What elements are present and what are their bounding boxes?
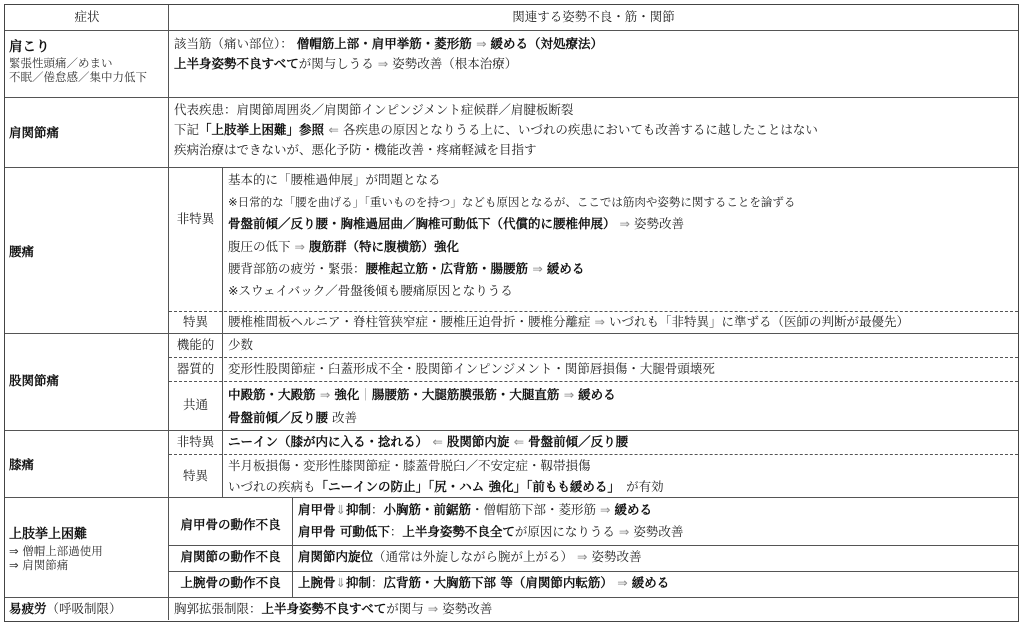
text-segment: 上半身姿勢不良すべて: [262, 601, 387, 616]
text-segment: 広背筋・大胸筋下部 等（肩関節内転筋）: [384, 575, 618, 590]
divider: [222, 430, 223, 497]
text-segment: 肩甲骨 可動低下: [298, 524, 390, 539]
arrow-icon: ⇒: [476, 36, 490, 51]
detail-line: 変形性股関節症・臼蓋形成不全・股関節インピンジメント・関節唇損傷・大腿骨頭壊死: [228, 359, 715, 379]
arrow-icon: ⇒: [594, 314, 608, 329]
divider: [5, 97, 1018, 98]
symptom-title: 肩こり: [9, 38, 147, 56]
detail-line: 骨盤前傾／反り腰・胸椎過屈曲／胸椎可動低下（代償的に腰椎伸展） ⇒ 姿勢改善: [228, 213, 795, 235]
detail-joushi-shoulder: 肩関節内旋位（通常は外旋しながら腕が上がる） ⇒ 姿勢改善: [298, 547, 641, 567]
detail-line: 骨盤前傾／反り腰 改善: [228, 406, 616, 429]
text-segment: 姿勢改善（根本治療）: [392, 56, 517, 71]
detail-joushi-scapula: 肩甲骨⇓抑制：小胸筋・前鋸筋・僧帽筋下部・菱形筋 ⇒ 緩める肩甲骨 可動低下：上…: [298, 499, 683, 543]
sublabel-specific: 特異: [169, 312, 222, 332]
text-segment: が原因になりうる: [515, 524, 619, 539]
text-segment: 腰椎起立筋・広背筋・腸腰筋: [366, 261, 533, 276]
text-segment: 変形性股関節症・臼蓋形成不全・股関節インピンジメント・関節唇損傷・大腿骨頭壊死: [228, 361, 715, 376]
text-segment: 中殿筋・大殿筋: [228, 387, 320, 402]
text-segment: ：: [371, 575, 384, 590]
text-segment: 緩める: [578, 387, 616, 402]
text-segment: 腸腰筋・大腿筋膜張筋・大腿直筋: [372, 387, 564, 402]
text-segment: 緩める: [614, 502, 652, 517]
symptom-sub: 緊張性頭痛／めまい: [9, 56, 147, 70]
divider: [5, 597, 1018, 598]
detail-katakansetsu: 代表疾患：肩関節周囲炎／肩関節インピンジメント症候群／肩腱板断裂下記「上肢挙上困…: [174, 100, 818, 160]
text-segment: 胸郭拡張制限：: [174, 601, 262, 616]
detail-line: 少数: [228, 335, 253, 355]
text-segment: 腰背部筋の疲労・緊張：: [228, 261, 366, 276]
arrow-icon: ⇓: [336, 502, 346, 517]
symptom-katakori: 肩こり 緊張性頭痛／めまい 不眠／倦怠感／集中力低下: [9, 38, 147, 84]
sublabel-shoulder: 肩関節の動作不良: [169, 547, 292, 567]
text-segment: 基本的に「腰椎過伸展」が問題となる: [228, 172, 441, 187]
arrow-icon: ⇒: [378, 56, 392, 71]
symptom-ihirou: 易疲労（呼吸制限）: [9, 599, 122, 619]
text-segment: 緩める（対処療法）: [491, 36, 604, 51]
sublabel-functional: 機能的: [169, 335, 222, 355]
arrow-icon: ⇒: [564, 387, 578, 402]
text-segment: 「ニーインの防止」「尻・ハム 強化」「前もも緩める」: [316, 479, 614, 494]
text-segment: 骨盤前傾／反り腰: [228, 410, 328, 425]
detail-line: いづれの疾病も「ニーインの防止」「尻・ハム 強化」「前もも緩める」 が有効: [228, 476, 664, 497]
sublabel-nonspecific: 非特異: [169, 209, 222, 229]
divider: [292, 497, 293, 597]
text-segment: いづれも「非特異」に準ずる（医師の判断が最優先）: [609, 314, 909, 329]
detail-line: 肩関節内旋位（通常は外旋しながら腕が上がる） ⇒ 姿勢改善: [298, 547, 641, 567]
text-segment: いづれの疾病も: [228, 479, 316, 494]
detail-line: 腹圧の低下 ⇒ 腹筋群（特に腹横筋）強化: [228, 236, 795, 258]
header-related: 関連する姿勢不良・筋・関節: [169, 7, 1018, 27]
symptom-youtsu: 腰痛: [9, 242, 34, 262]
arrow-icon: ⇒: [619, 524, 633, 539]
text-segment: 姿勢改善: [633, 524, 683, 539]
detail-joushi-humerus: 上腕骨⇓抑制：広背筋・大胸筋下部 等（肩関節内転筋） ⇒ 緩める: [298, 573, 669, 593]
divider: [169, 545, 1018, 546]
arrow-icon: ⇒: [617, 575, 631, 590]
text-segment: 肩関節内旋位: [298, 549, 373, 564]
divider: [169, 381, 1018, 382]
detail-line: 腰背部筋の疲労・緊張：腰椎起立筋・広背筋・腸腰筋 ⇒ 緩める: [228, 258, 795, 280]
detail-line: 疾病治療はできないが、悪化予防・機能改善・疼痛軽減を目指す: [174, 140, 818, 160]
detail-line: 代表疾患：肩関節周囲炎／肩関節インピンジメント症候群／肩腱板断裂: [174, 100, 818, 120]
sublabel-organic: 器質的: [169, 359, 222, 379]
text-segment: 股関節内旋: [447, 434, 514, 449]
detail-line: 上半身姿勢不良すべてが関与しうる ⇒ 姿勢改善（根本治療）: [174, 54, 603, 74]
detail-katakori: 該当筋（痛い部位）： 僧帽筋上部・肩甲挙筋・菱形筋 ⇒ 緩める（対処療法）上半身…: [174, 34, 603, 74]
text-segment: ニーイン（膝が内に入る・捻れる）: [228, 434, 432, 449]
divider: [5, 497, 1018, 498]
text-segment: 改善: [328, 410, 357, 425]
divider: [222, 167, 223, 333]
divider: [5, 167, 1018, 168]
sublabel-specific: 特異: [169, 466, 222, 486]
text-segment: 腹圧の低下: [228, 239, 294, 254]
detail-kokansetsu-functional: 少数: [228, 335, 253, 355]
detail-shitsu-specific: 半月板損傷・変形性膝関節症・膝蓋骨脱臼／不安定症・靱帯損傷いづれの疾病も「ニーイ…: [228, 455, 664, 497]
text-segment: 疾病治療はできないが、悪化予防・機能改善・疼痛軽減を目指す: [174, 142, 537, 157]
arrow-icon: ⇒: [428, 601, 442, 616]
sublabel-humerus: 上腕骨の動作不良: [169, 573, 292, 593]
text-segment: 上半身姿勢不良全て: [402, 524, 515, 539]
text-segment: が関与しうる: [299, 56, 378, 71]
sublabel-nonspecific: 非特異: [169, 432, 222, 452]
divider: [169, 357, 1018, 358]
detail-line: 肩甲骨⇓抑制：小胸筋・前鋸筋・僧帽筋下部・菱形筋 ⇒ 緩める: [298, 499, 683, 521]
arrow-icon: ⇒: [320, 387, 334, 402]
text-segment: 姿勢改善: [442, 601, 492, 616]
symptom-sub: ⇒ 肩関節痛: [9, 558, 103, 572]
symptom-table: 症状 関連する姿勢不良・筋・関節 肩こり 緊張性頭痛／めまい 不眠／倦怠感／集中…: [4, 4, 1019, 622]
symptom-sub: 不眠／倦怠感／集中力低下: [9, 70, 147, 84]
detail-line: ※スウェイバック／骨盤後傾も腰痛原因となりうる: [228, 280, 795, 302]
sublabel-scapula: 肩甲骨の動作不良: [169, 515, 292, 535]
arrow-icon: ⇐: [328, 122, 342, 137]
text-segment: 強化: [334, 387, 359, 402]
text-segment: ：: [371, 502, 384, 517]
detail-shitsu-nonspecific: ニーイン（膝が内に入る・捻れる） ⇐ 股関節内旋 ⇐ 骨盤前傾／反り腰: [228, 432, 628, 452]
header-symptom: 症状: [5, 7, 169, 27]
detail-line: 該当筋（痛い部位）： 僧帽筋上部・肩甲挙筋・菱形筋 ⇒ 緩める（対処療法）: [174, 34, 603, 54]
text-segment: が有効: [614, 479, 664, 494]
text-segment: 姿勢改善: [591, 549, 641, 564]
symptom-shitsu: 膝痛: [9, 455, 34, 475]
symptom-title: 上肢挙上困難: [9, 526, 103, 544]
detail-kokansetsu-common: 中殿筋・大殿筋 ⇒ 強化｜腸腰筋・大腿筋膜張筋・大腿直筋 ⇒ 緩める骨盤前傾／反…: [228, 383, 616, 429]
symptom-joushi: 上肢挙上困難 ⇒ 僧帽上部過使用 ⇒ 肩関節痛: [9, 526, 103, 572]
divider: [5, 430, 1018, 431]
arrow-icon: ⇒: [577, 549, 591, 564]
text-segment: 小胸筋・前鋸筋: [384, 502, 472, 517]
detail-line: 肩甲骨 可動低下：上半身姿勢不良全てが原因になりうる ⇒ 姿勢改善: [298, 521, 683, 543]
detail-kokansetsu-organic: 変形性股関節症・臼蓋形成不全・股関節インピンジメント・関節唇損傷・大腿骨頭壊死: [228, 359, 715, 379]
divider: [5, 333, 1018, 334]
text-segment: 僧帽筋上部・肩甲挙筋・菱形筋: [297, 36, 476, 51]
text-segment: 抑制: [346, 575, 371, 590]
text-segment: 上腕骨: [298, 575, 336, 590]
text-segment: 緩める: [632, 575, 670, 590]
text-segment: ※スウェイバック／骨盤後傾も腰痛原因となりうる: [228, 283, 513, 298]
sublabel-common: 共通: [169, 395, 222, 415]
arrow-icon: ⇒: [600, 502, 614, 517]
detail-line: 中殿筋・大殿筋 ⇒ 強化｜腸腰筋・大腿筋膜張筋・大腿直筋 ⇒ 緩める: [228, 383, 616, 406]
arrow-icon: ⇒: [294, 239, 308, 254]
detail-line: 腰椎椎間板ヘルニア・脊柱管狭窄症・腰椎圧迫骨折・腰椎分離症 ⇒ いづれも「非特異…: [228, 312, 909, 332]
text-segment: 骨盤前傾／反り腰: [528, 434, 628, 449]
text-segment: ：: [390, 524, 403, 539]
text-segment: 半月板損傷・変形性膝関節症・膝蓋骨脱臼／不安定症・靱帯損傷: [228, 458, 591, 473]
text-segment: 緩める: [547, 261, 585, 276]
text-segment: 各疾患の原因となりうる上に、いづれの疾患においても改善するに越したことはない: [343, 122, 818, 137]
detail-line: 胸郭拡張制限：上半身姿勢不良すべてが関与 ⇒ 姿勢改善: [174, 599, 492, 619]
text-segment: 代表疾患：肩関節周囲炎／肩関節インピンジメント症候群／肩腱板断裂: [174, 102, 573, 117]
symptom-katakansetsu: 肩関節痛: [9, 123, 59, 143]
divider: [169, 571, 1018, 572]
text-segment: 下記: [174, 122, 199, 137]
detail-line: ニーイン（膝が内に入る・捻れる） ⇐ 股関節内旋 ⇐ 骨盤前傾／反り腰: [228, 432, 628, 452]
detail-line: 下記「上肢挙上困難」参照 ⇐ 各疾患の原因となりうる上に、いづれの疾患においても…: [174, 120, 818, 140]
arrow-icon: ｜: [359, 387, 372, 402]
text-segment: 腰椎椎間板ヘルニア・脊柱管狭窄症・腰椎圧迫骨折・腰椎分離症: [228, 314, 594, 329]
symptom-title-suffix: （呼吸制限）: [47, 601, 122, 616]
text-segment: が関与: [386, 601, 427, 616]
text-segment: 姿勢改善: [634, 216, 684, 231]
detail-line: 半月板損傷・変形性膝関節症・膝蓋骨脱臼／不安定症・靱帯損傷: [228, 455, 664, 476]
text-segment: ・僧帽筋下部・菱形筋: [471, 502, 600, 517]
arrow-icon: ⇐: [514, 434, 528, 449]
detail-line: 基本的に「腰椎過伸展」が問題となる: [228, 169, 795, 191]
text-segment: 抑制: [346, 502, 371, 517]
detail-ihirou: 胸郭拡張制限：上半身姿勢不良すべてが関与 ⇒ 姿勢改善: [174, 599, 492, 619]
text-segment: 該当筋（痛い部位）：: [174, 36, 297, 51]
detail-youtsu-nonspecific: 基本的に「腰椎過伸展」が問題となる※日常的な「腰を曲げる」「重いものを持つ」など…: [228, 169, 795, 302]
arrow-icon: ⇐: [432, 434, 446, 449]
text-segment: 少数: [228, 337, 253, 352]
text-segment: ※日常的な「腰を曲げる」「重いものを持つ」なども原因となるが、ここでは筋肉や姿勢…: [228, 195, 795, 209]
detail-line: 上腕骨⇓抑制：広背筋・大胸筋下部 等（肩関節内転筋） ⇒ 緩める: [298, 573, 669, 593]
text-segment: （通常は外旋しながら腕が上がる）: [373, 549, 577, 564]
symptom-kokansetsu: 股関節痛: [9, 371, 59, 391]
text-segment: 「上肢挙上困難」参照: [199, 122, 328, 137]
symptom-title: 易疲労: [9, 601, 47, 616]
text-segment: 腹筋群（特に腹横筋）強化: [309, 239, 459, 254]
divider: [5, 30, 1018, 31]
arrow-icon: ⇒: [532, 261, 546, 276]
detail-youtsu-specific: 腰椎椎間板ヘルニア・脊柱管狭窄症・腰椎圧迫骨折・腰椎分離症 ⇒ いづれも「非特異…: [228, 312, 909, 332]
arrow-icon: ⇒: [616, 216, 634, 231]
detail-line: ※日常的な「腰を曲げる」「重いものを持つ」なども原因となるが、ここでは筋肉や姿勢…: [228, 191, 795, 213]
arrow-icon: ⇓: [336, 575, 346, 590]
text-segment: 上半身姿勢不良すべて: [174, 56, 299, 71]
symptom-sub: ⇒ 僧帽上部過使用: [9, 544, 103, 558]
text-segment: 骨盤前傾／反り腰・胸椎過屈曲／胸椎可動低下（代償的に腰椎伸展）: [228, 216, 616, 231]
text-segment: 肩甲骨: [298, 502, 336, 517]
